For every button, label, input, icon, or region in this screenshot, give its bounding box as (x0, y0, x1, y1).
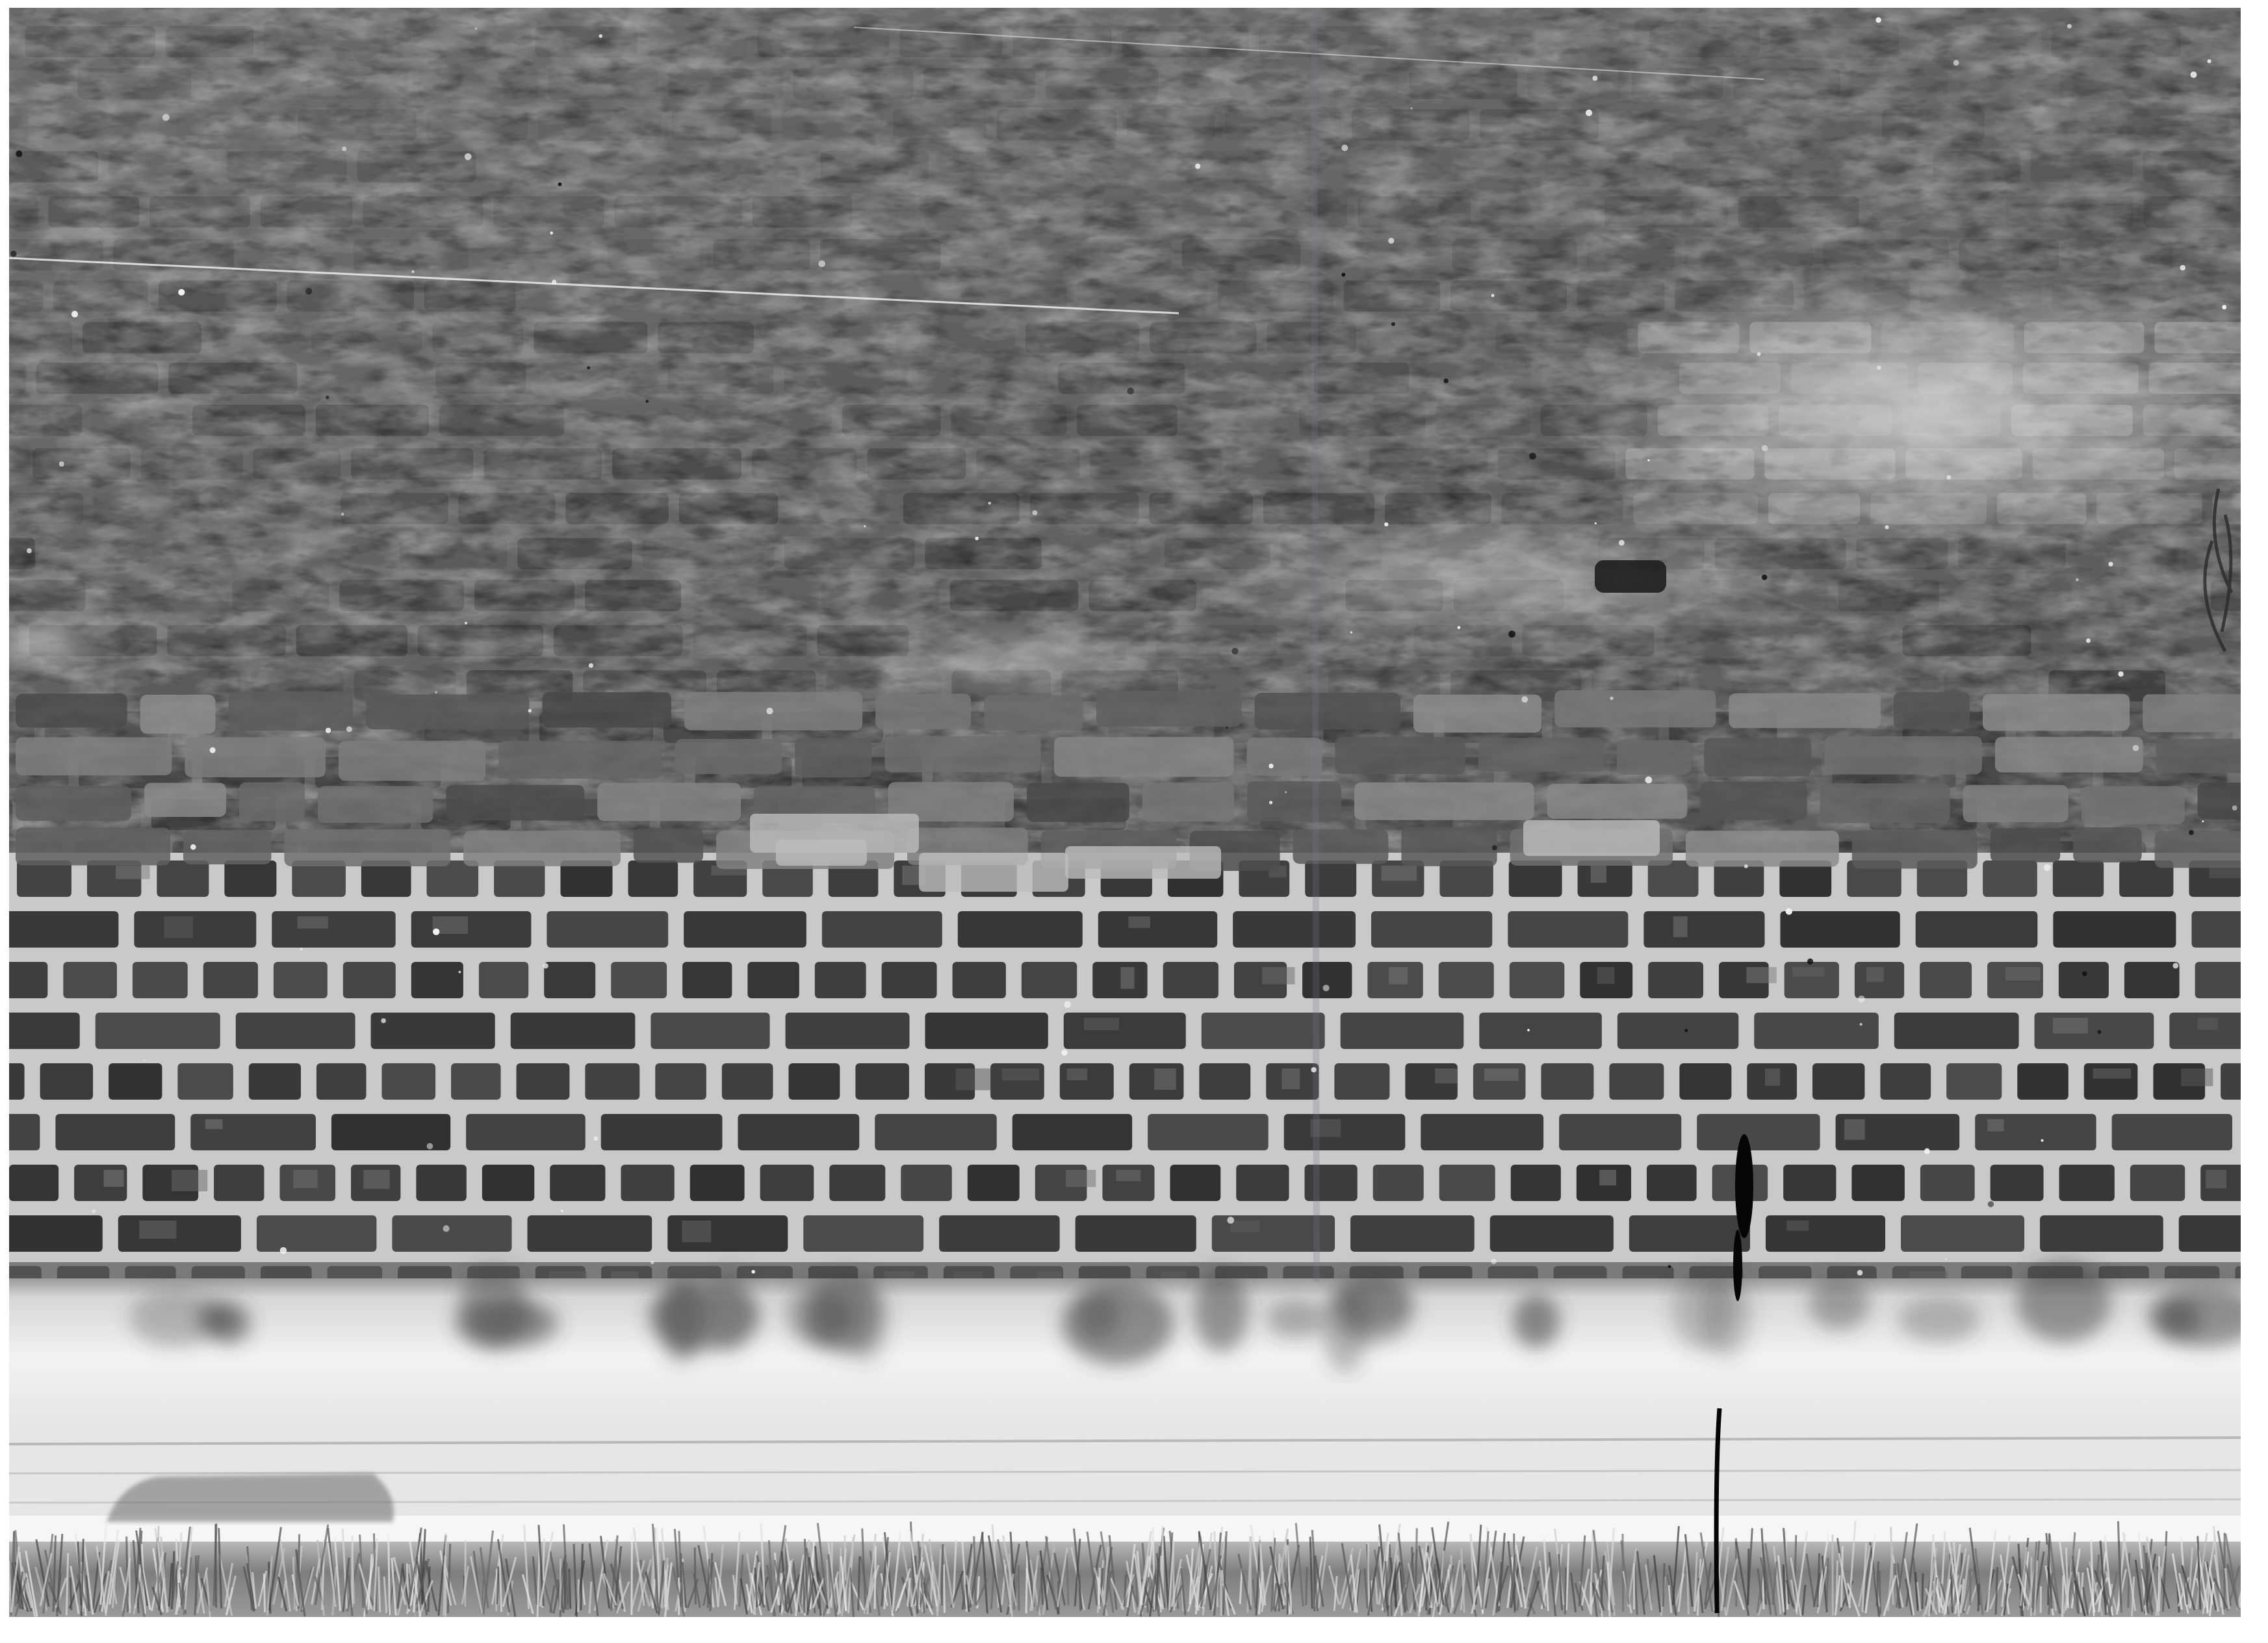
brick-wall-photo: Old brick wall (9, 8, 2241, 1617)
wall-scene (9, 8, 2241, 1617)
